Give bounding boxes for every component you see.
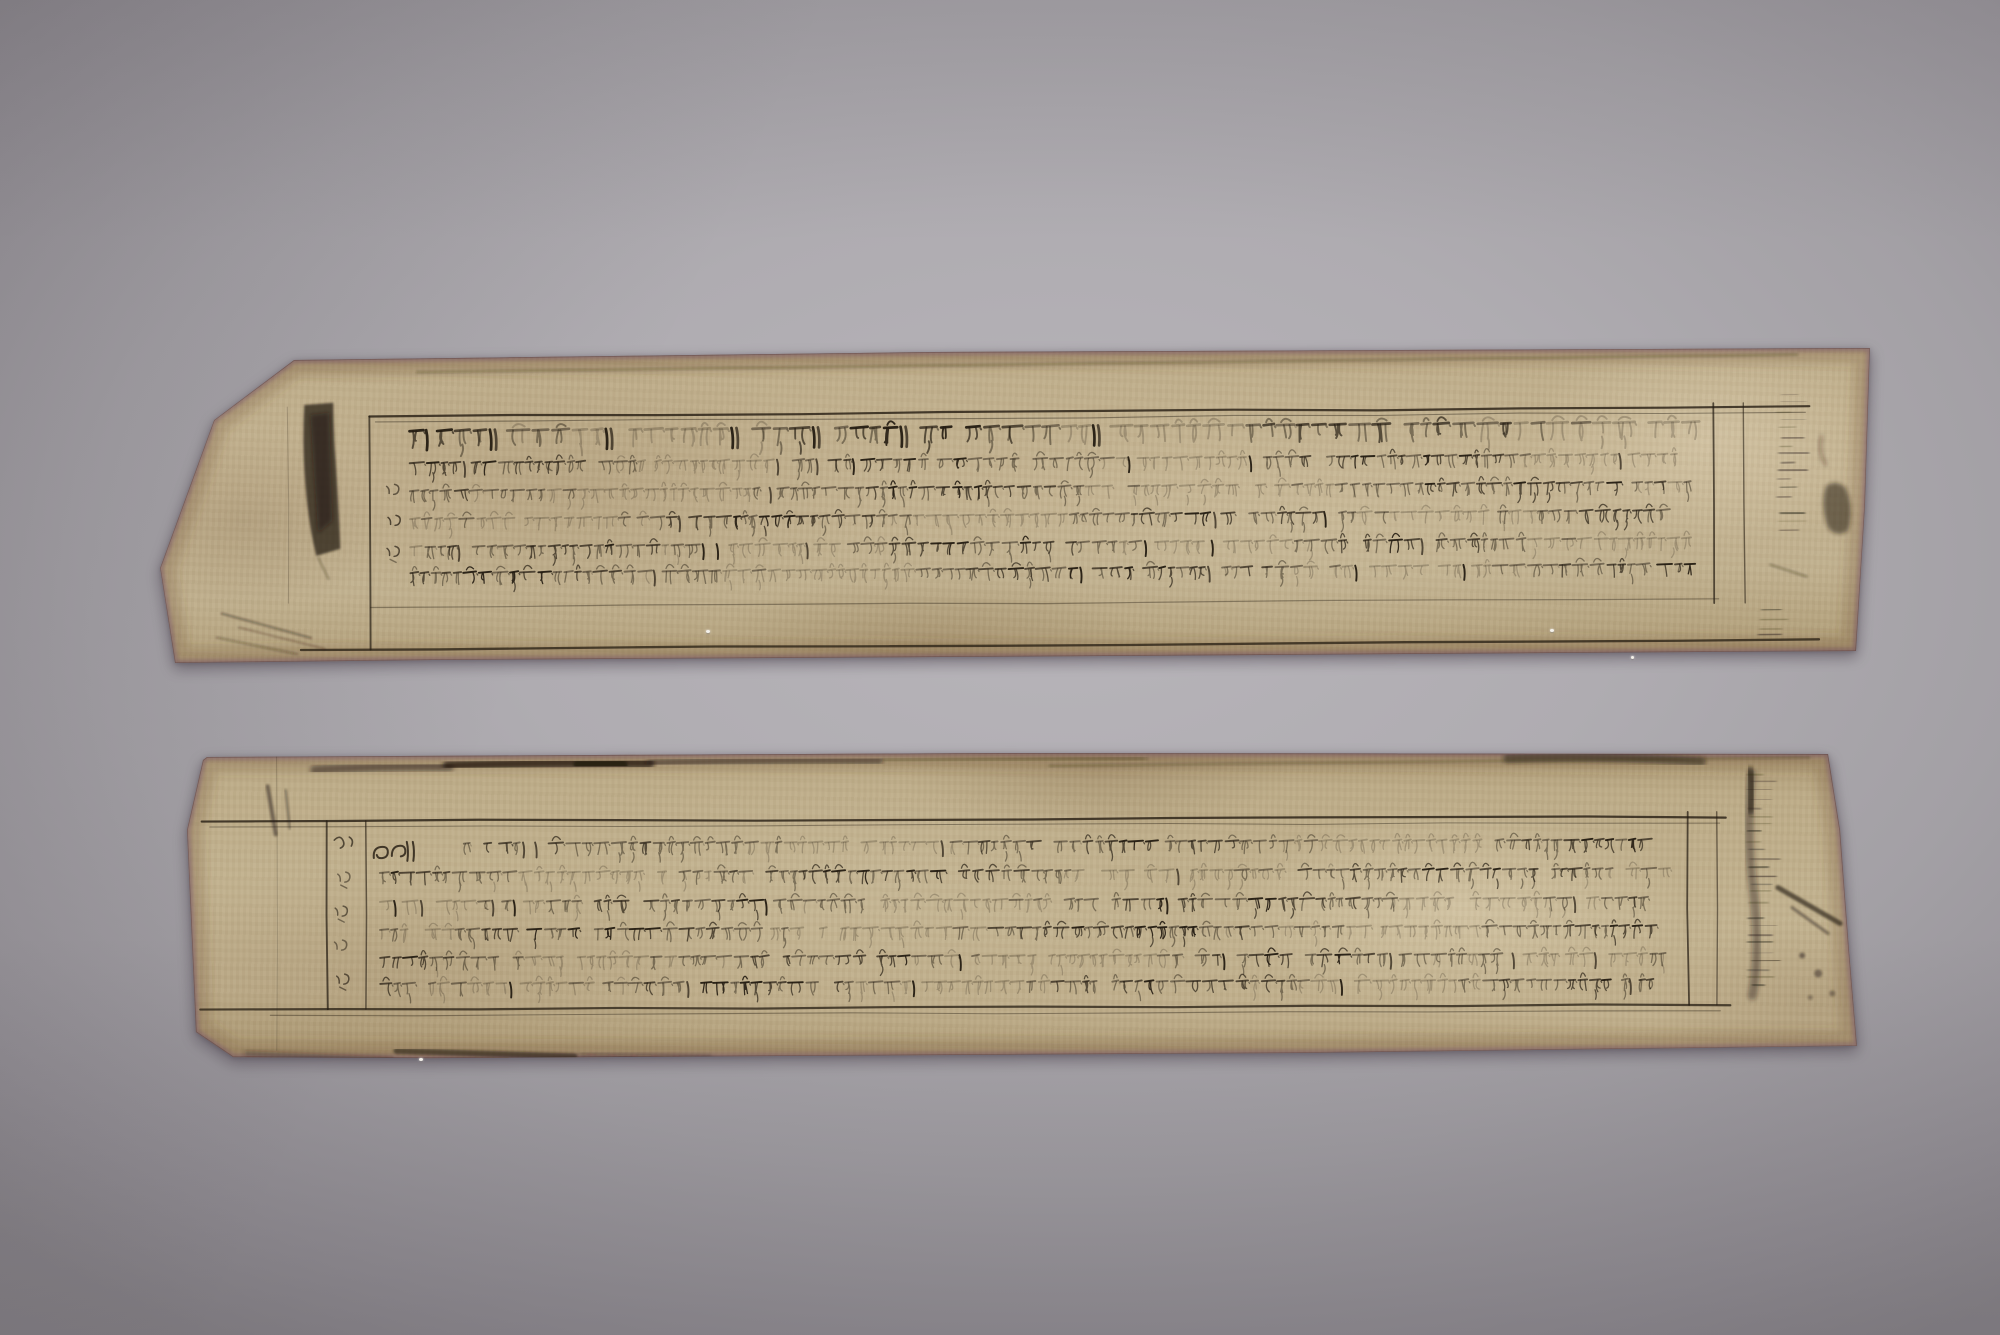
dust-speck [419,1058,423,1061]
upper-leaf-ink-layer [158,346,1878,664]
script-line [410,475,1691,510]
paper-edge-tint [160,348,1870,663]
script-line [410,503,1670,538]
manuscript-leaf-upper-wrap [158,346,1878,664]
offset-print-ghost [1758,395,1809,635]
script-line [380,919,1658,949]
script-line [409,415,1699,456]
script-lines [409,415,1700,592]
photo-backdrop [0,0,2000,1335]
left-margin-ink-block [303,403,340,579]
script-line [410,447,1677,482]
right-edge-blot [1770,436,1852,577]
script-line [380,947,1665,977]
manuscript-leaf-lower [150,748,1870,1068]
dust-speck [1550,629,1554,632]
script-line [410,557,1695,592]
script-line [380,891,1650,921]
script-line [374,833,1652,863]
text-frame-rules [287,396,1819,650]
margin-folio-marks [387,484,401,562]
paper-edge-tint [187,753,1857,1058]
yig-mgo-head-mark [374,842,414,861]
manuscript-leaf-lower-wrap [150,748,1870,1068]
script-line [380,862,1672,892]
script-line [410,531,1691,566]
dust-speck [706,630,710,633]
text-frame-rules [200,752,1731,1051]
dust-speck [1631,656,1634,659]
margin-folio-marks [334,837,353,990]
script-lines [374,833,1672,1003]
script-line [380,973,1653,1003]
manuscript-leaf-upper [158,346,1878,664]
lower-leaf-ink-layer [150,748,1870,1068]
